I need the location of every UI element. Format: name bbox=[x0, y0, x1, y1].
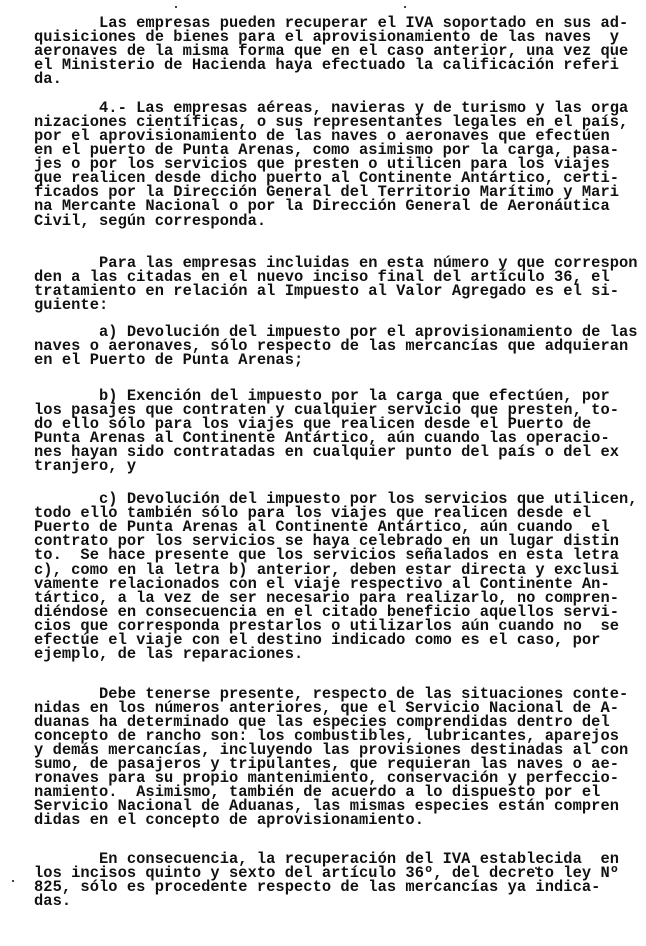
scan-speck bbox=[12, 880, 14, 882]
text-line: guiente: bbox=[34, 298, 108, 313]
text-line: en el Puerto de Punta Arenas; bbox=[34, 353, 303, 368]
text-line: Civil, según corresponda. bbox=[34, 214, 266, 229]
text-line: 825, sólo es procedente respecto de las … bbox=[34, 880, 600, 895]
text-line: das. bbox=[34, 894, 71, 909]
text-line: tratamiento en relación al Impuesto al V… bbox=[34, 284, 619, 299]
scan-speck bbox=[535, 867, 537, 869]
text-line: da. bbox=[34, 72, 62, 87]
text-line: el Ministerio de Hacienda haya efectuado… bbox=[34, 58, 619, 73]
scan-speck bbox=[404, 6, 406, 8]
text-line: didas en el concepto de aprovisionamient… bbox=[34, 813, 424, 828]
scan-speck bbox=[175, 6, 177, 8]
text-line: ejemplo, de las reparaciones. bbox=[34, 647, 303, 662]
document-page: Las empresas pueden recuperar el IVA sop… bbox=[0, 0, 646, 946]
text-line: tranjero, y bbox=[34, 459, 136, 474]
